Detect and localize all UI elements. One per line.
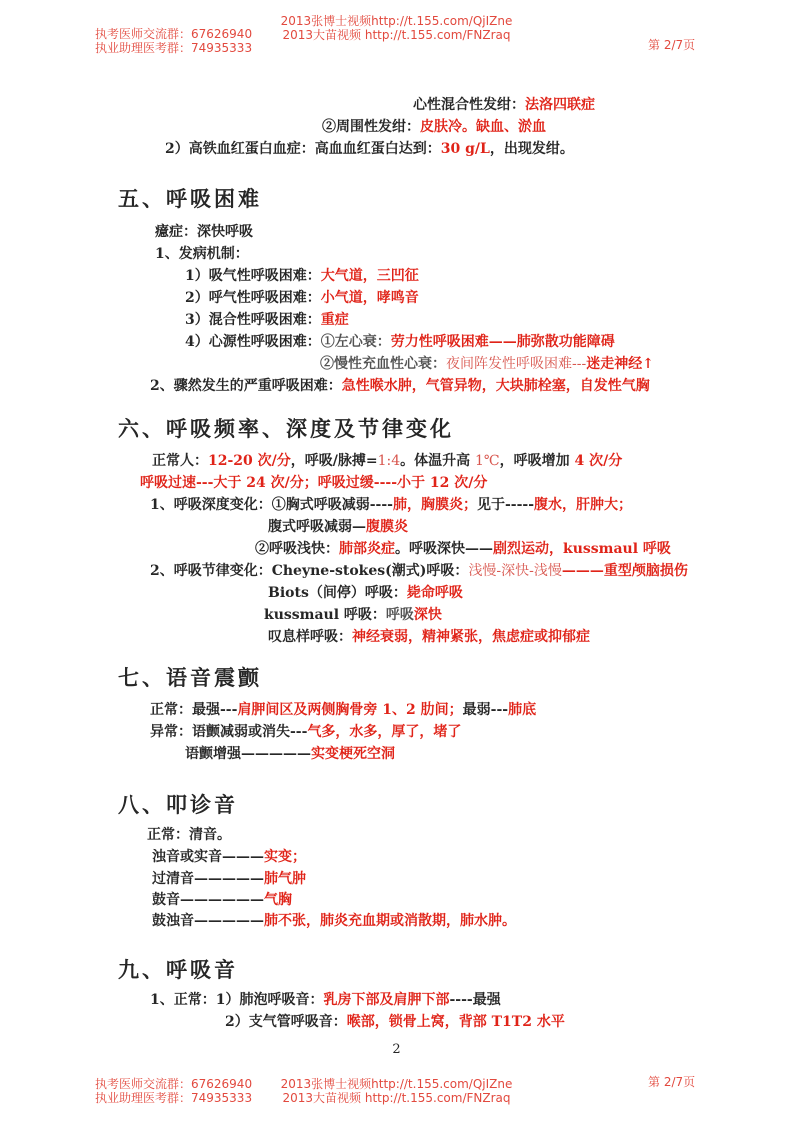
body-text: ，呼吸增加 <box>500 453 575 469</box>
text-line: 2）呼气性呼吸困难：小气道，哮鸣音 <box>185 290 419 306</box>
text-line: 正常人：12-20 次/分，呼吸/脉搏=1:4。体温升高 1℃，呼吸增加 4 次… <box>152 453 622 469</box>
text-line: 正常：清音。 <box>147 827 231 843</box>
body-text: 鼓音—————— <box>152 892 264 908</box>
emphasis-text: 腹水，肝肿大； <box>534 497 632 513</box>
emphasis-text: 劳力性呼吸困难——肺弥散功能障碍 <box>391 334 615 350</box>
emphasis-text: 4 次/分 <box>574 453 622 469</box>
emphasis-text: 30 g/L <box>441 141 490 157</box>
body-text: 六、呼吸频率、深度及节律变化 <box>118 416 454 441</box>
section-heading: 五、呼吸困难 <box>118 187 262 211</box>
body-text: 正常：最强--- <box>150 702 237 718</box>
emphasis-text: 肺，胸膜炎； <box>393 497 477 513</box>
body-text: ，出现发绀。 <box>490 141 574 157</box>
body-text: kussmaul 呼吸： <box>264 607 386 623</box>
text-line: 鼓音——————气胸 <box>152 892 292 908</box>
text-line: 2、骤然发生的严重呼吸困难：急性喉水肿，气管异物，大块肺栓塞，自发性气胸 <box>150 378 650 394</box>
emphasis-text: 乳房下部及肩胛下部 <box>323 992 449 1008</box>
text-line: 叹息样呼吸：神经衰弱，精神紧张，焦虑症或抑郁症 <box>268 629 590 645</box>
body-text: 最弱--- <box>463 702 508 718</box>
text-line: 异常：语颤减弱或消失---气多，水多，厚了，堵了 <box>150 724 461 740</box>
body-text: 2、骤然发生的严重呼吸困难： <box>150 378 342 394</box>
body-text: 七、语音震颤 <box>118 665 262 690</box>
emphasis-text: ——— <box>562 563 604 579</box>
emphasis-text: 肩胛间区及两侧胸骨旁 1、2 肋间； <box>237 702 462 718</box>
emphasis-text: 大气道，三凹征 <box>321 268 419 284</box>
emphasis-text: 肺不张，肺炎充血期或消散期，肺水肿。 <box>264 913 516 929</box>
body-text: 2）呼气性呼吸困难： <box>185 290 321 306</box>
body-text: 3）混合性呼吸困难： <box>185 312 321 328</box>
body-text: 2、呼吸节律变化：Cheyne-stokes(潮式)呼吸： <box>150 563 468 579</box>
emphasis-text: 实变； <box>264 849 306 865</box>
section-heading: 九、呼吸音 <box>118 958 238 982</box>
body-text: 叹息样呼吸： <box>268 629 352 645</box>
text-line: 癔症：深快呼吸 <box>155 224 253 240</box>
body-text: 1、正常：1）肺泡呼吸音： <box>150 992 323 1008</box>
body-text: ----最强 <box>449 992 500 1008</box>
emphasis-text: 气多，水多，厚了，堵了 <box>307 724 461 740</box>
emphasis-text: 急性喉水肿，气管异物，大块肺栓塞，自发性气胸 <box>342 378 650 394</box>
text-line: 4）心源性呼吸困难：①左心衰：劳力性呼吸困难——肺弥散功能障碍 <box>185 334 615 350</box>
text-line: ②慢性充血性心衰：夜间阵发性呼吸困难---迷走神经↑ <box>320 356 654 372</box>
emphasis-text: 实变梗死空洞 <box>311 746 395 762</box>
body-text: 4）心源性呼吸困难： <box>185 334 321 350</box>
footer-page-indicator: 第 2/7页 <box>648 1073 695 1090</box>
page-number: 2 <box>0 1042 793 1057</box>
text-line: ②周围性发绀：皮肤冷。缺血、淤血 <box>322 119 546 135</box>
body-text: 正常人： <box>152 453 208 469</box>
text-line: 1）吸气性呼吸困难：大气道，三凹征 <box>185 268 419 284</box>
text-line: 浊音或实音———实变； <box>152 849 306 865</box>
text-line: Biots（间停）呼吸：毙命呼吸 <box>268 585 463 601</box>
emphasis-text: 重型颅脑损伤 <box>604 563 688 579</box>
text-line: 1、正常：1）肺泡呼吸音：乳房下部及肩胛下部----最强 <box>150 992 501 1008</box>
body-text: 癔症：深快呼吸 <box>155 224 253 240</box>
emphasis-text: 法洛四联症 <box>525 97 595 113</box>
body-text: ②慢性充血性心衰： <box>320 356 446 372</box>
section-heading: 八、叩诊音 <box>118 793 238 817</box>
text-line: 呼吸过速---大于 24 次/分；呼吸过缓----小于 12 次/分 <box>140 475 487 491</box>
emphasis-text: 夜间阵发性呼吸困难--- <box>446 356 586 372</box>
body-text: 1、呼吸深度变化：①胸式呼吸减弱---- <box>150 497 393 513</box>
body-text: 五、呼吸困难 <box>118 186 262 211</box>
footer-video-link-2: 2013大苗视频 http://t.155.com/FNZraq <box>0 1089 793 1106</box>
section-heading: 七、语音震颤 <box>118 666 262 690</box>
body-text: 腹式呼吸减弱— <box>268 519 366 535</box>
body-text: 浊音或实音——— <box>152 849 264 865</box>
text-line: 语颤增强—————实变梗死空洞 <box>185 746 395 762</box>
body-text: 异常：语颤减弱或消失--- <box>150 724 307 740</box>
emphasis-text: 腹膜炎 <box>366 519 408 535</box>
body-text: 1、发病机制： <box>155 246 249 262</box>
emphasis-text: 毙命呼吸 <box>407 585 463 601</box>
header-page-indicator: 第 2/7页 <box>648 36 695 53</box>
body-text: 心性混合性发绀： <box>413 97 525 113</box>
emphasis-text: 气胸 <box>264 892 292 908</box>
text-line: 1、发病机制： <box>155 246 249 262</box>
emphasis-text: 肺气肿 <box>264 871 306 887</box>
emphasis-text: 重症 <box>321 312 349 328</box>
emphasis-text: 喉部，锁骨上窝，背部 T1T2 水平 <box>347 1014 565 1030</box>
body-text: 正常：清音。 <box>147 827 231 843</box>
emphasis-text: 神经衰弱，精神紧张，焦虑症或抑郁症 <box>352 629 590 645</box>
emphasis-text: 肺部炎症 <box>339 541 395 557</box>
text-line: 腹式呼吸减弱—腹膜炎 <box>268 519 408 535</box>
emphasis-text: 迷走神经↑ <box>586 356 654 372</box>
body-text: ②呼吸浅快： <box>255 541 339 557</box>
emphasis-text: 肺底 <box>508 702 536 718</box>
header-exam-group-2: 执业助理医考群：74935333 <box>95 39 252 56</box>
body-text: 。体温升高 <box>400 453 475 469</box>
emphasis-text: 剧烈运动，kussmaul 呼吸 <box>493 541 671 557</box>
body-text: ②周围性发绀： <box>322 119 420 135</box>
text-line: 正常：最强---肩胛间区及两侧胸骨旁 1、2 肋间；最弱---肺底 <box>150 702 536 718</box>
emphasis-text: 呼吸过速---大于 24 次/分；呼吸过缓----小于 12 次/分 <box>140 475 487 491</box>
body-text: 八、叩诊音 <box>118 792 238 817</box>
body-text: ①左心衰： <box>321 334 391 350</box>
text-line: 心性混合性发绀：法洛四联症 <box>413 97 595 113</box>
text-line: 2）支气管呼吸音：喉部，锁骨上窝，背部 T1T2 水平 <box>225 1014 565 1030</box>
body-text: Biots（间停）呼吸： <box>268 585 407 601</box>
body-text: 2）高铁血红蛋白血症：高血血红蛋白达到： <box>165 141 441 157</box>
body-text: 呼吸 <box>386 607 414 623</box>
emphasis-text: 1:4 <box>378 453 401 469</box>
emphasis-text: 浅慢-深快-浅慢 <box>468 563 561 579</box>
body-text: 1）吸气性呼吸困难： <box>185 268 321 284</box>
emphasis-text: 1℃ <box>475 453 500 469</box>
text-line: kussmaul 呼吸：呼吸深快 <box>264 607 442 623</box>
body-text: 九、呼吸音 <box>118 957 238 982</box>
document-page: 2013张博士视频http://t.155.com/QjIZne 执考医师交流群… <box>0 0 793 1122</box>
body-text: 2）支气管呼吸音： <box>225 1014 347 1030</box>
body-text: 过清音————— <box>152 871 264 887</box>
text-line: 过清音—————肺气肿 <box>152 871 306 887</box>
emphasis-text: 小气道，哮鸣音 <box>321 290 419 306</box>
emphasis-text: 深快 <box>414 607 442 623</box>
emphasis-text: 皮肤冷。缺血、淤血 <box>420 119 546 135</box>
section-heading: 六、呼吸频率、深度及节律变化 <box>118 417 454 441</box>
body-text: 见于----- <box>477 497 534 513</box>
text-line: 2、呼吸节律变化：Cheyne-stokes(潮式)呼吸：浅慢-深快-浅慢———… <box>150 563 688 579</box>
text-line: 1、呼吸深度变化：①胸式呼吸减弱----肺，胸膜炎；见于-----腹水，肝肿大； <box>150 497 632 513</box>
body-text: 鼓浊音————— <box>152 913 264 929</box>
text-line: 鼓浊音—————肺不张，肺炎充血期或消散期，肺水肿。 <box>152 913 516 929</box>
text-line: ②呼吸浅快：肺部炎症。呼吸深快——剧烈运动，kussmaul 呼吸 <box>255 541 671 557</box>
text-line: 2）高铁血红蛋白血症：高血血红蛋白达到：30 g/L，出现发绀。 <box>165 141 574 157</box>
text-line: 3）混合性呼吸困难：重症 <box>185 312 349 328</box>
body-text: 语颤增强————— <box>185 746 311 762</box>
emphasis-text: 12-20 次/分 <box>208 453 291 469</box>
body-text: 。呼吸深快—— <box>395 541 493 557</box>
body-text: ，呼吸/脉搏= <box>291 453 378 469</box>
